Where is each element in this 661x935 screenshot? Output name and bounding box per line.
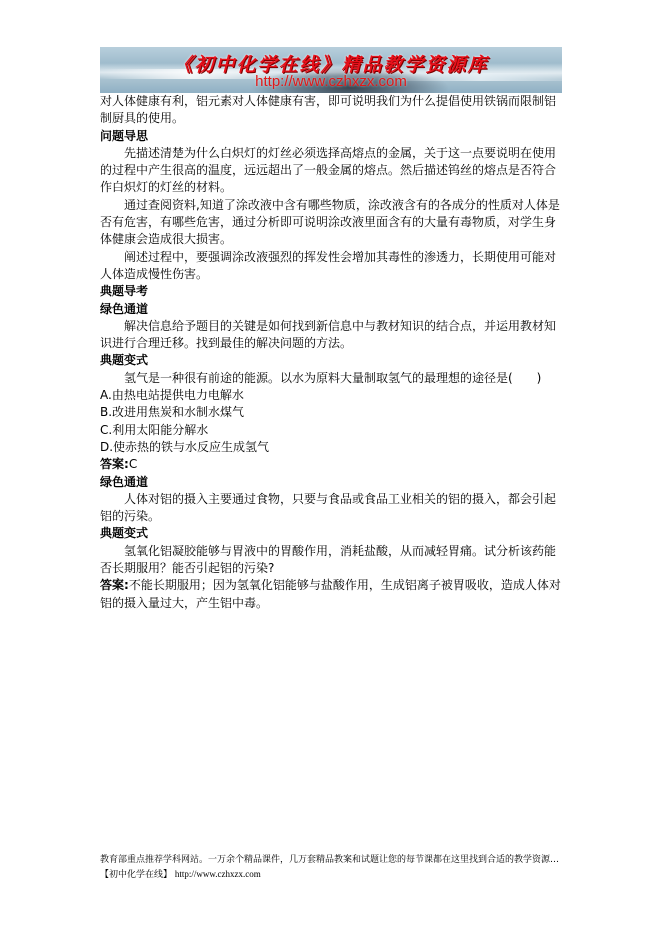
paragraph: 阐述过程中，要强调涂改液强烈的挥发性会增加其毒性的渗透力，长期使用可能对人体造成…: [100, 249, 562, 284]
footer-link[interactable]: http://www.czhxzx.com: [175, 869, 261, 879]
heading-dianti-daokao: 典题导考: [100, 283, 562, 300]
option-a: A.由热电站提供电力电解水: [100, 387, 562, 404]
answer-label: 答案:: [100, 457, 129, 471]
answer-label: 答案:: [100, 578, 129, 592]
heading-green-channel: 绿色通道: [100, 301, 562, 318]
heading-wenti-daosi: 问题导思: [100, 128, 562, 145]
heading-green-channel: 绿色通道: [100, 474, 562, 491]
heading-variant: 典题变式: [100, 525, 562, 542]
paragraph: 人体对铝的摄入主要通过食物，只要与食品或食品工业相关的铝的摄入，都会引起铝的污染…: [100, 491, 562, 526]
option-b: B.改进用焦炭和水制水煤气: [100, 404, 562, 421]
question-text: 氢气是一种很有前途的能源。以水为原料大量制取氢气的最理想的途径是( ): [100, 370, 562, 387]
answer-value: C: [129, 457, 137, 471]
site-banner: 《初中化学在线》精品教学资源库 http://www.czhxzx.com: [100, 47, 562, 93]
footer-text: 教育部重点推荐学科网站。一万余个精品课件，几万套精品教案和试题让您的每节课都在这…: [100, 855, 559, 880]
option-d: D.使赤热的铁与水反应生成氢气: [100, 439, 562, 456]
intro-paragraph: 对人体健康有利，铝元素对人体健康有害，即可说明我们为什么提倡使用铁锅而限制铝制厨…: [100, 93, 562, 128]
paragraph: 通过查阅资料,知道了涂改液中含有哪些物质，涂改液含有的各成分的性质对人体是否有危…: [100, 197, 562, 249]
question-text: 氢氧化铝凝胶能够与胃液中的胃酸作用，消耗盐酸，从而减轻胃痛。试分析该药能否长期服…: [100, 543, 562, 578]
banner-url: http://www.czhxzx.com: [100, 73, 562, 90]
answer-value: 不能长期服用；因为氢氧化铝能够与盐酸作用，生成铝离子被胃吸收，造成人体对铝的摄入…: [100, 578, 561, 609]
page-footer: 教育部重点推荐学科网站。一万余个精品课件，几万套精品教案和试题让您的每节课都在这…: [100, 853, 562, 882]
answer-line: 答案:不能长期服用；因为氢氧化铝能够与盐酸作用，生成铝离子被胃吸收，造成人体对铝…: [100, 577, 562, 612]
paragraph: 解决信息给予题目的关键是如何找到新信息中与教材知识的结合点，并运用教材知识进行合…: [100, 318, 562, 353]
paragraph: 先描述清楚为什么白炽灯的灯丝必须选择高熔点的金属，关于这一点要说明在使用的过程中…: [100, 145, 562, 197]
answer-line: 答案:C: [100, 456, 562, 473]
heading-variant: 典题变式: [100, 352, 562, 369]
document-body: 对人体健康有利，铝元素对人体健康有害，即可说明我们为什么提倡使用铁锅而限制铝制厨…: [100, 93, 562, 612]
option-c: C.利用太阳能分解水: [100, 422, 562, 439]
